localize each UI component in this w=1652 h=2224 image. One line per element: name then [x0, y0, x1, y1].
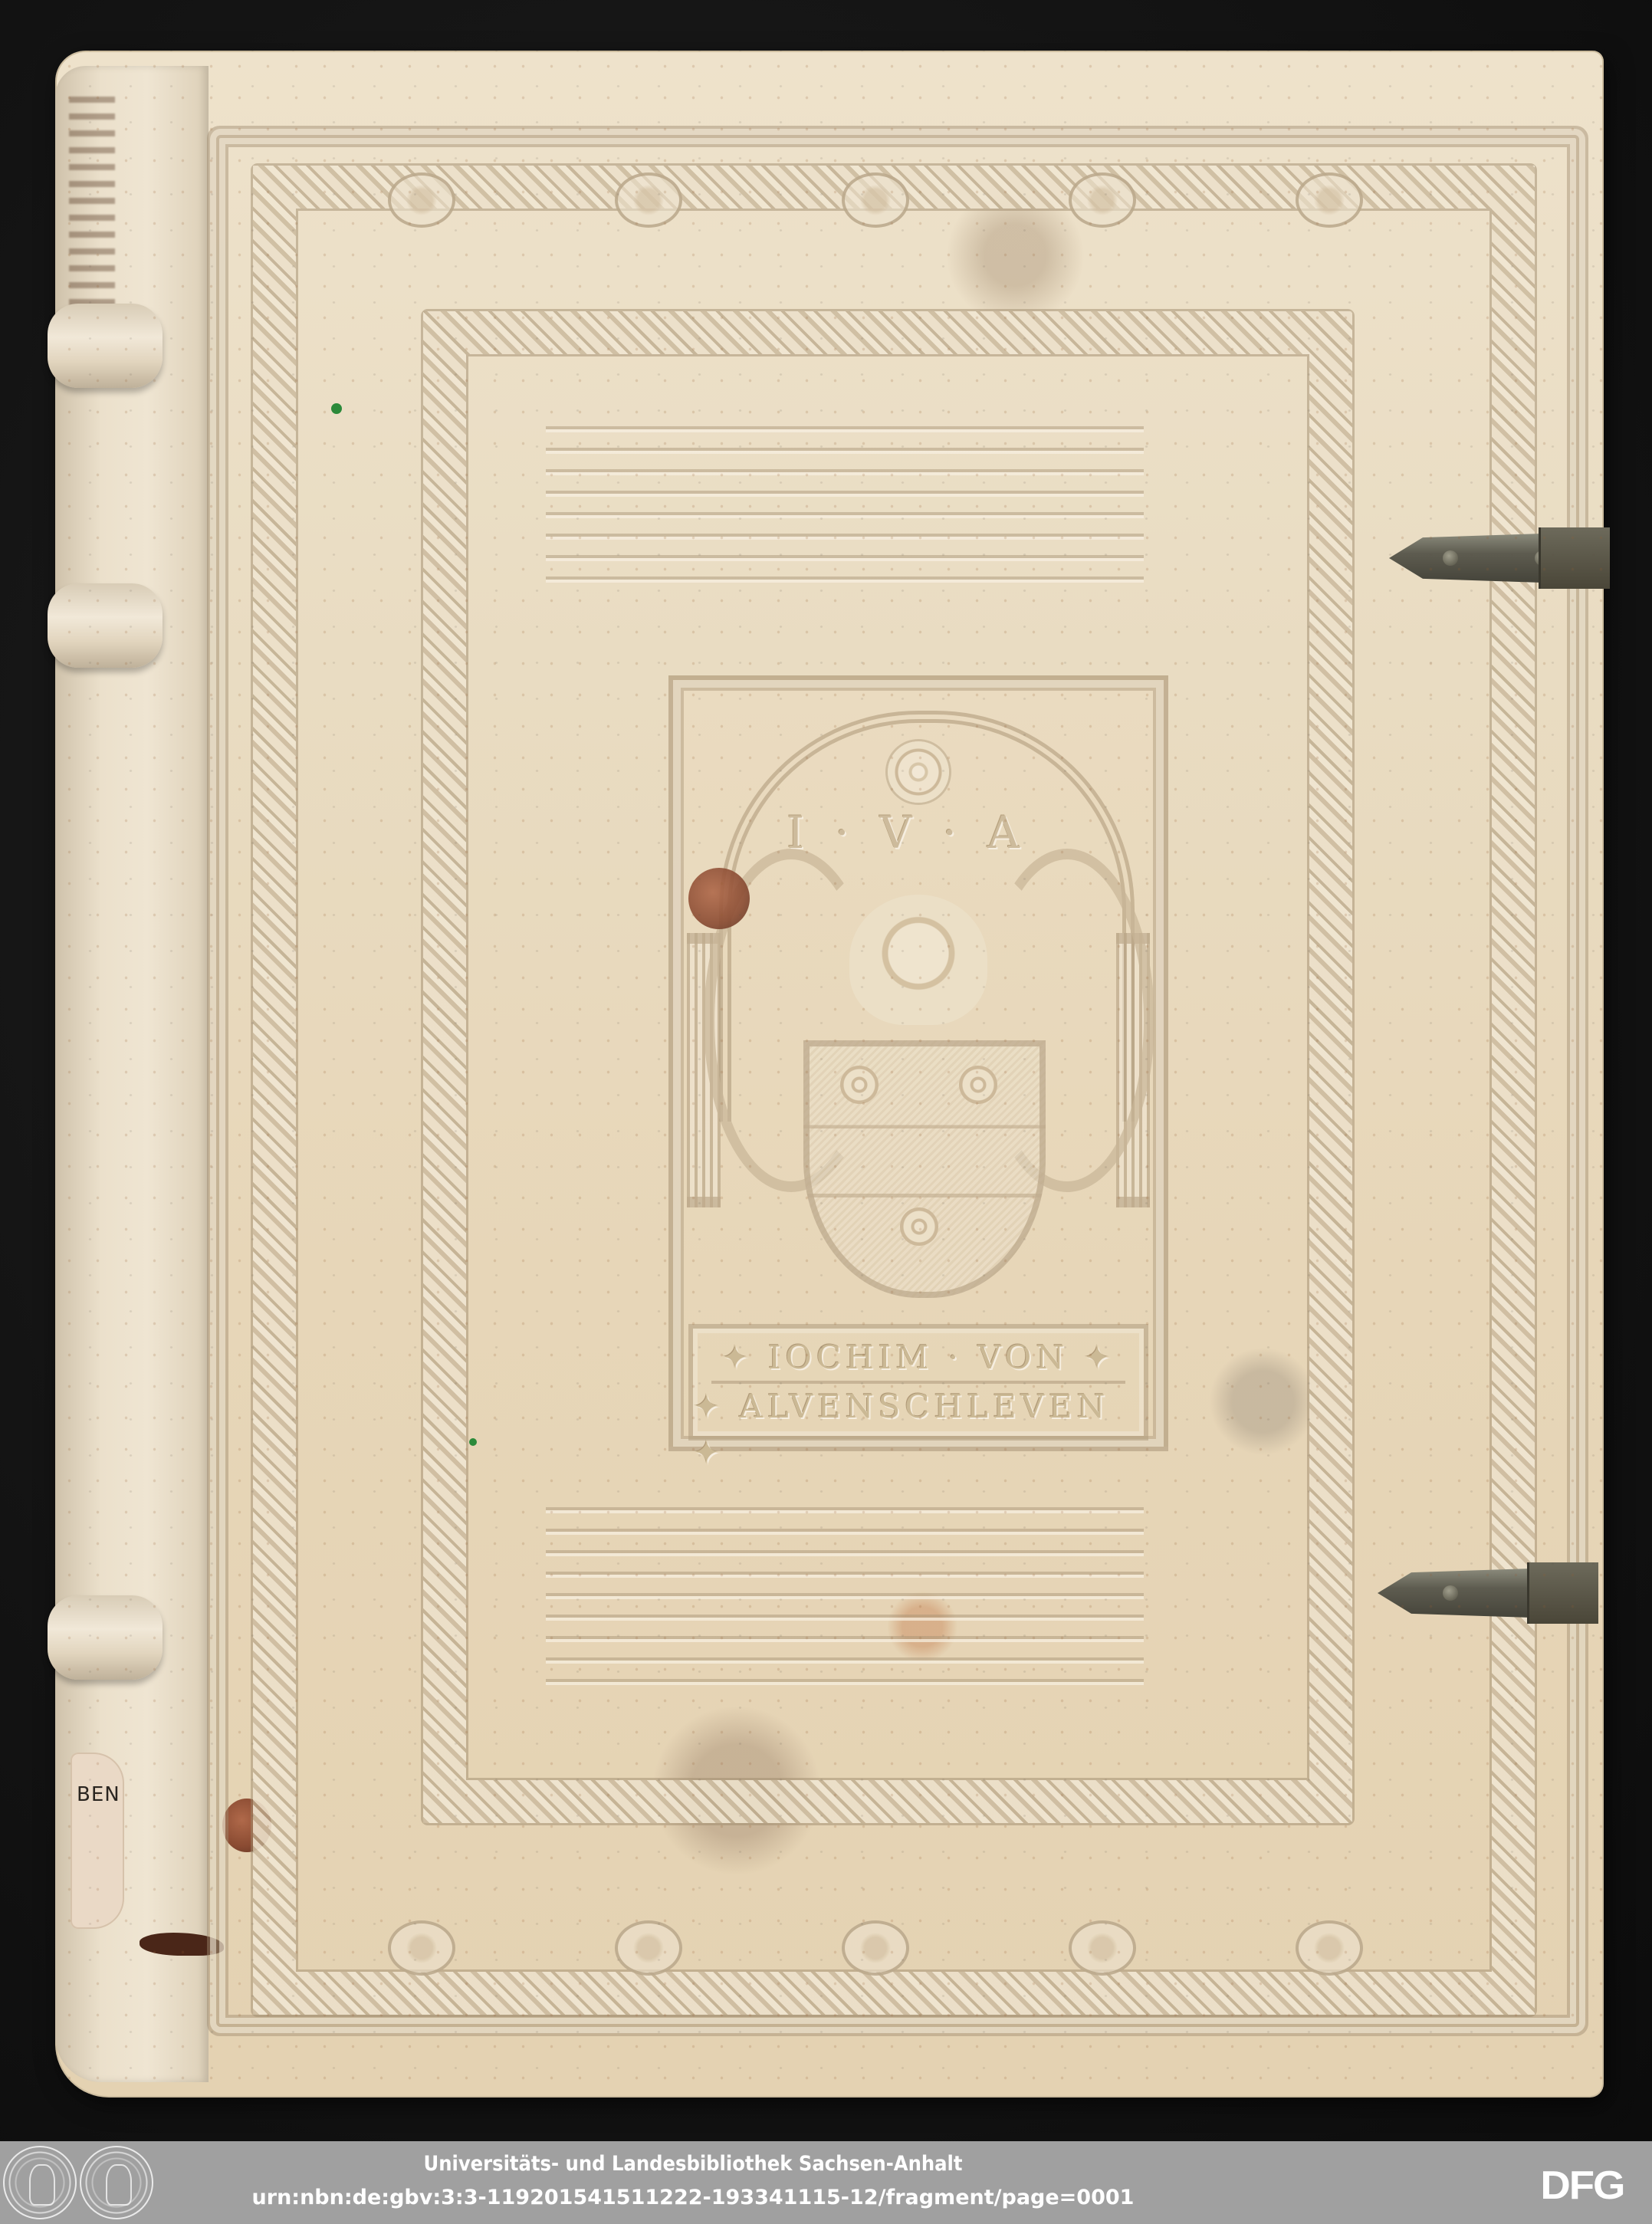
rose-crest-icon	[888, 741, 949, 803]
urn-identifier[interactable]: urn:nbn:de:gbv:3:3-119201541511222-19334…	[0, 2186, 1386, 2209]
lower-fillet-panel	[546, 1492, 1144, 1691]
upper-fillet-panel	[546, 411, 1144, 595]
spine-raised-band-1	[48, 304, 163, 388]
clasp-plate	[1389, 534, 1542, 583]
medallion-icon	[1069, 1920, 1136, 1976]
medallion-icon	[388, 172, 455, 228]
inscription-line-2: ✦ ALVENSCHLEVEN ✦	[693, 1384, 1144, 1430]
vellum-stain	[688, 868, 750, 929]
shield-rose-icon	[900, 1207, 938, 1246]
medallion-icon	[388, 1920, 455, 1976]
clasp-hinge	[1539, 527, 1610, 589]
medallion-icon	[1296, 172, 1363, 228]
rivet-icon	[1443, 550, 1458, 566]
coat-of-arms-shield	[803, 1040, 1046, 1298]
shield-rose-icon	[840, 1066, 879, 1104]
spine-handwritten-title	[69, 97, 115, 311]
medallion-icon	[842, 1920, 909, 1976]
owner-inscription: ✦ IOCHIM · VON ✦ ✦ ALVENSCHLEVEN ✦	[688, 1324, 1148, 1441]
book-front-cover: BEN	[55, 51, 1604, 2098]
armorial-center-panel: I·V·A ✦ IOCHIM · VON ✦ ✦ ALVENSCHLEVEN ✦	[668, 675, 1168, 1451]
upper-brass-clasp	[1389, 527, 1611, 589]
institution-name: Universitäts- und Landesbibliothek Sachs…	[0, 2152, 1386, 2176]
rivet-icon	[1443, 1585, 1458, 1601]
book-photograph: BEN	[0, 0, 1652, 2141]
clasp-hinge	[1527, 1562, 1598, 1624]
medallion-icon	[842, 172, 909, 228]
medallion-icon	[1296, 1920, 1363, 1976]
helmet-icon	[849, 895, 987, 1025]
medallion-icon	[615, 172, 682, 228]
digitization-footer: Universitäts- und Landesbibliothek Sachs…	[0, 2141, 1652, 2224]
spine-raised-band-3	[48, 1595, 163, 1680]
spine-shelf-label: BEN	[71, 1753, 124, 1929]
bottom-roll-medallions	[308, 1925, 1443, 1971]
green-ink-spot	[331, 403, 342, 414]
inscription-line-1: ✦ IOCHIM · VON ✦	[721, 1335, 1115, 1381]
spine-tear	[140, 1933, 224, 1956]
owner-initials: I·V·A	[673, 806, 1164, 859]
book-spine: BEN	[55, 66, 209, 2082]
dfg-logo: DFG	[1540, 2163, 1624, 2209]
top-roll-medallions	[308, 177, 1443, 223]
green-ink-spot	[469, 1438, 477, 1446]
lower-brass-clasp	[1378, 1562, 1600, 1624]
spine-raised-band-2	[48, 583, 163, 668]
spine-label-text: BEN	[77, 1783, 120, 1806]
medallion-icon	[615, 1920, 682, 1976]
medallion-icon	[1069, 172, 1136, 228]
shield-rose-icon	[959, 1066, 997, 1104]
